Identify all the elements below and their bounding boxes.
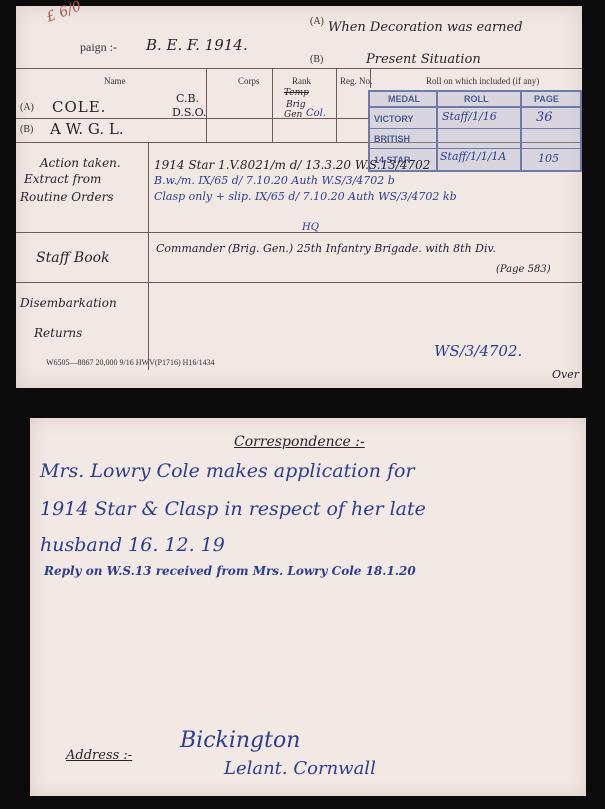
address-line-2: Lelant. Cornwall <box>224 758 376 779</box>
stamp-header-page: PAGE <box>534 94 559 104</box>
disembark-label-2: Returns <box>34 326 82 340</box>
staff-book-page: (Page 583) <box>496 264 551 275</box>
a-label: (A) <box>310 16 324 27</box>
stamp-roll-victory: Staff/1/16 <box>442 110 497 123</box>
campaign-label: paign :- <box>80 40 117 55</box>
header-name: Name <box>104 76 126 86</box>
action-label-2: Extract from <box>24 172 101 186</box>
stamp-header-roll: ROLL <box>464 94 489 104</box>
rank-temp: Temp <box>284 88 309 98</box>
stamp-roll-star: Staff/1/1/1A <box>440 150 506 163</box>
action-line-3: Clasp only + slip. IX/65 d/ 7.10.20 Auth… <box>154 190 457 203</box>
stamp-medal-british: BRITISH <box>374 134 410 144</box>
b-text: Present Situation <box>366 52 481 67</box>
correspondence-heading: Correspondence :- <box>234 434 365 450</box>
correspondence-line-2: 1914 Star & Clasp in respect of her late <box>40 498 426 520</box>
a-text: When Decoration was earned <box>328 20 523 35</box>
correspondence-line-3: husband 16. 12. 19 <box>40 534 225 556</box>
honours-cb: C.B. <box>176 92 199 105</box>
row-a-prefix: (A) <box>20 102 34 113</box>
address-line-1: Bickington <box>180 728 300 753</box>
campaign-value: B. E. F. 1914. <box>146 36 248 54</box>
stamp-header-medal: MEDAL <box>388 94 420 104</box>
staff-book-label: Staff Book <box>36 250 110 266</box>
b-label: (B) <box>310 54 323 65</box>
correspondence-line-1: Mrs. Lowry Cole makes application for <box>40 460 415 482</box>
stamp-page-victory: 36 <box>536 110 553 125</box>
action-label-3: Routine Orders <box>20 190 114 204</box>
medal-card-front: £ 6/0 paign :- B. E. F. 1914. (A) When D… <box>16 6 582 388</box>
ws-reference: WS/3/4702. <box>434 342 522 360</box>
header-regno: Reg. No. <box>340 76 372 86</box>
rank-brig: Brig <box>286 100 306 110</box>
staff-book-value: Commander (Brig. Gen.) 25th Infantry Bri… <box>156 242 496 255</box>
medal-card-back: Correspondence :- Mrs. Lowry Cole makes … <box>30 418 586 796</box>
initials: A W. G. L. <box>50 120 124 138</box>
header-roll: Roll on which included (if any) <box>426 76 539 86</box>
print-code: W6505—8867 20,000 9/16 HWV(P1716) H16/14… <box>46 358 215 367</box>
rank-col: Col. <box>306 108 326 119</box>
staff-book-hq: HQ <box>302 222 319 233</box>
rank-gen: Gen <box>284 110 302 120</box>
stamp-medal-victory: VICTORY <box>374 114 414 124</box>
action-line-1: 1914 Star 1.V.8021/m d/ 13.3.20 W.S.13/4… <box>154 158 430 172</box>
honours-dso: D.S.O. <box>172 106 206 119</box>
action-line-2: B.w./m. IX/65 d/ 7.10.20 Auth W.S/3/4702… <box>154 174 395 187</box>
pencil-annotation: £ 6/0 <box>44 0 83 26</box>
disembark-label-1: Disembarkation <box>20 296 117 310</box>
surname: COLE. <box>52 98 106 116</box>
address-label: Address :- <box>66 748 132 763</box>
row-b-prefix: (B) <box>20 124 33 135</box>
stamp-page-star: 105 <box>538 152 559 165</box>
over-note: Over <box>552 368 579 381</box>
reply-note: Reply on W.S.13 received from Mrs. Lowry… <box>44 564 416 578</box>
header-rank: Rank <box>292 76 311 86</box>
header-corps: Corps <box>238 76 260 86</box>
action-label-1: Action taken. <box>40 156 121 170</box>
